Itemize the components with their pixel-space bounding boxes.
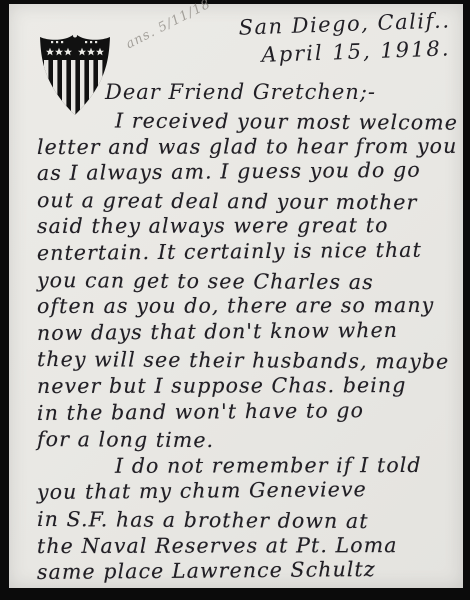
letter-body: I received your most welcome letter and … [37,108,457,587]
salutation: Dear Friend Gretchen;- [105,80,376,104]
letter-paper: ans. 5/11/18 San Diego, Calif.. April 15… [9,4,463,588]
body-line: for a long time. [37,427,457,456]
body-line: now days that don't know when [37,317,457,347]
body-line: as I always am. I guess you do go [37,158,457,188]
letter-heading: San Diego, Calif.. April 15, 1918. [238,8,452,67]
body-line: in S.F. has a brother down at [37,507,457,536]
body-line: in the band won't have to go [37,397,457,427]
pencil-answered-note: ans. 5/11/18 [124,0,214,52]
letter-scan: ans. 5/11/18 San Diego, Calif.. April 15… [0,0,470,600]
body-line: same place Lawrence Schultz [37,556,457,586]
body-line: said they always were great to [37,213,457,241]
body-line: often as you do, there are so many [37,293,457,321]
body-line: I received your most welcome [37,108,457,137]
body-line: entertain. It certainly is nice that [37,237,457,267]
body-line: you that my chum Genevieve [37,477,457,507]
heading-place: San Diego, Calif.. [238,8,451,39]
heading-date: April 15, 1918. [239,36,452,67]
stars-and-stripes-shield-icon [35,28,115,120]
body-line: never but I suppose Chas. being [37,373,457,401]
